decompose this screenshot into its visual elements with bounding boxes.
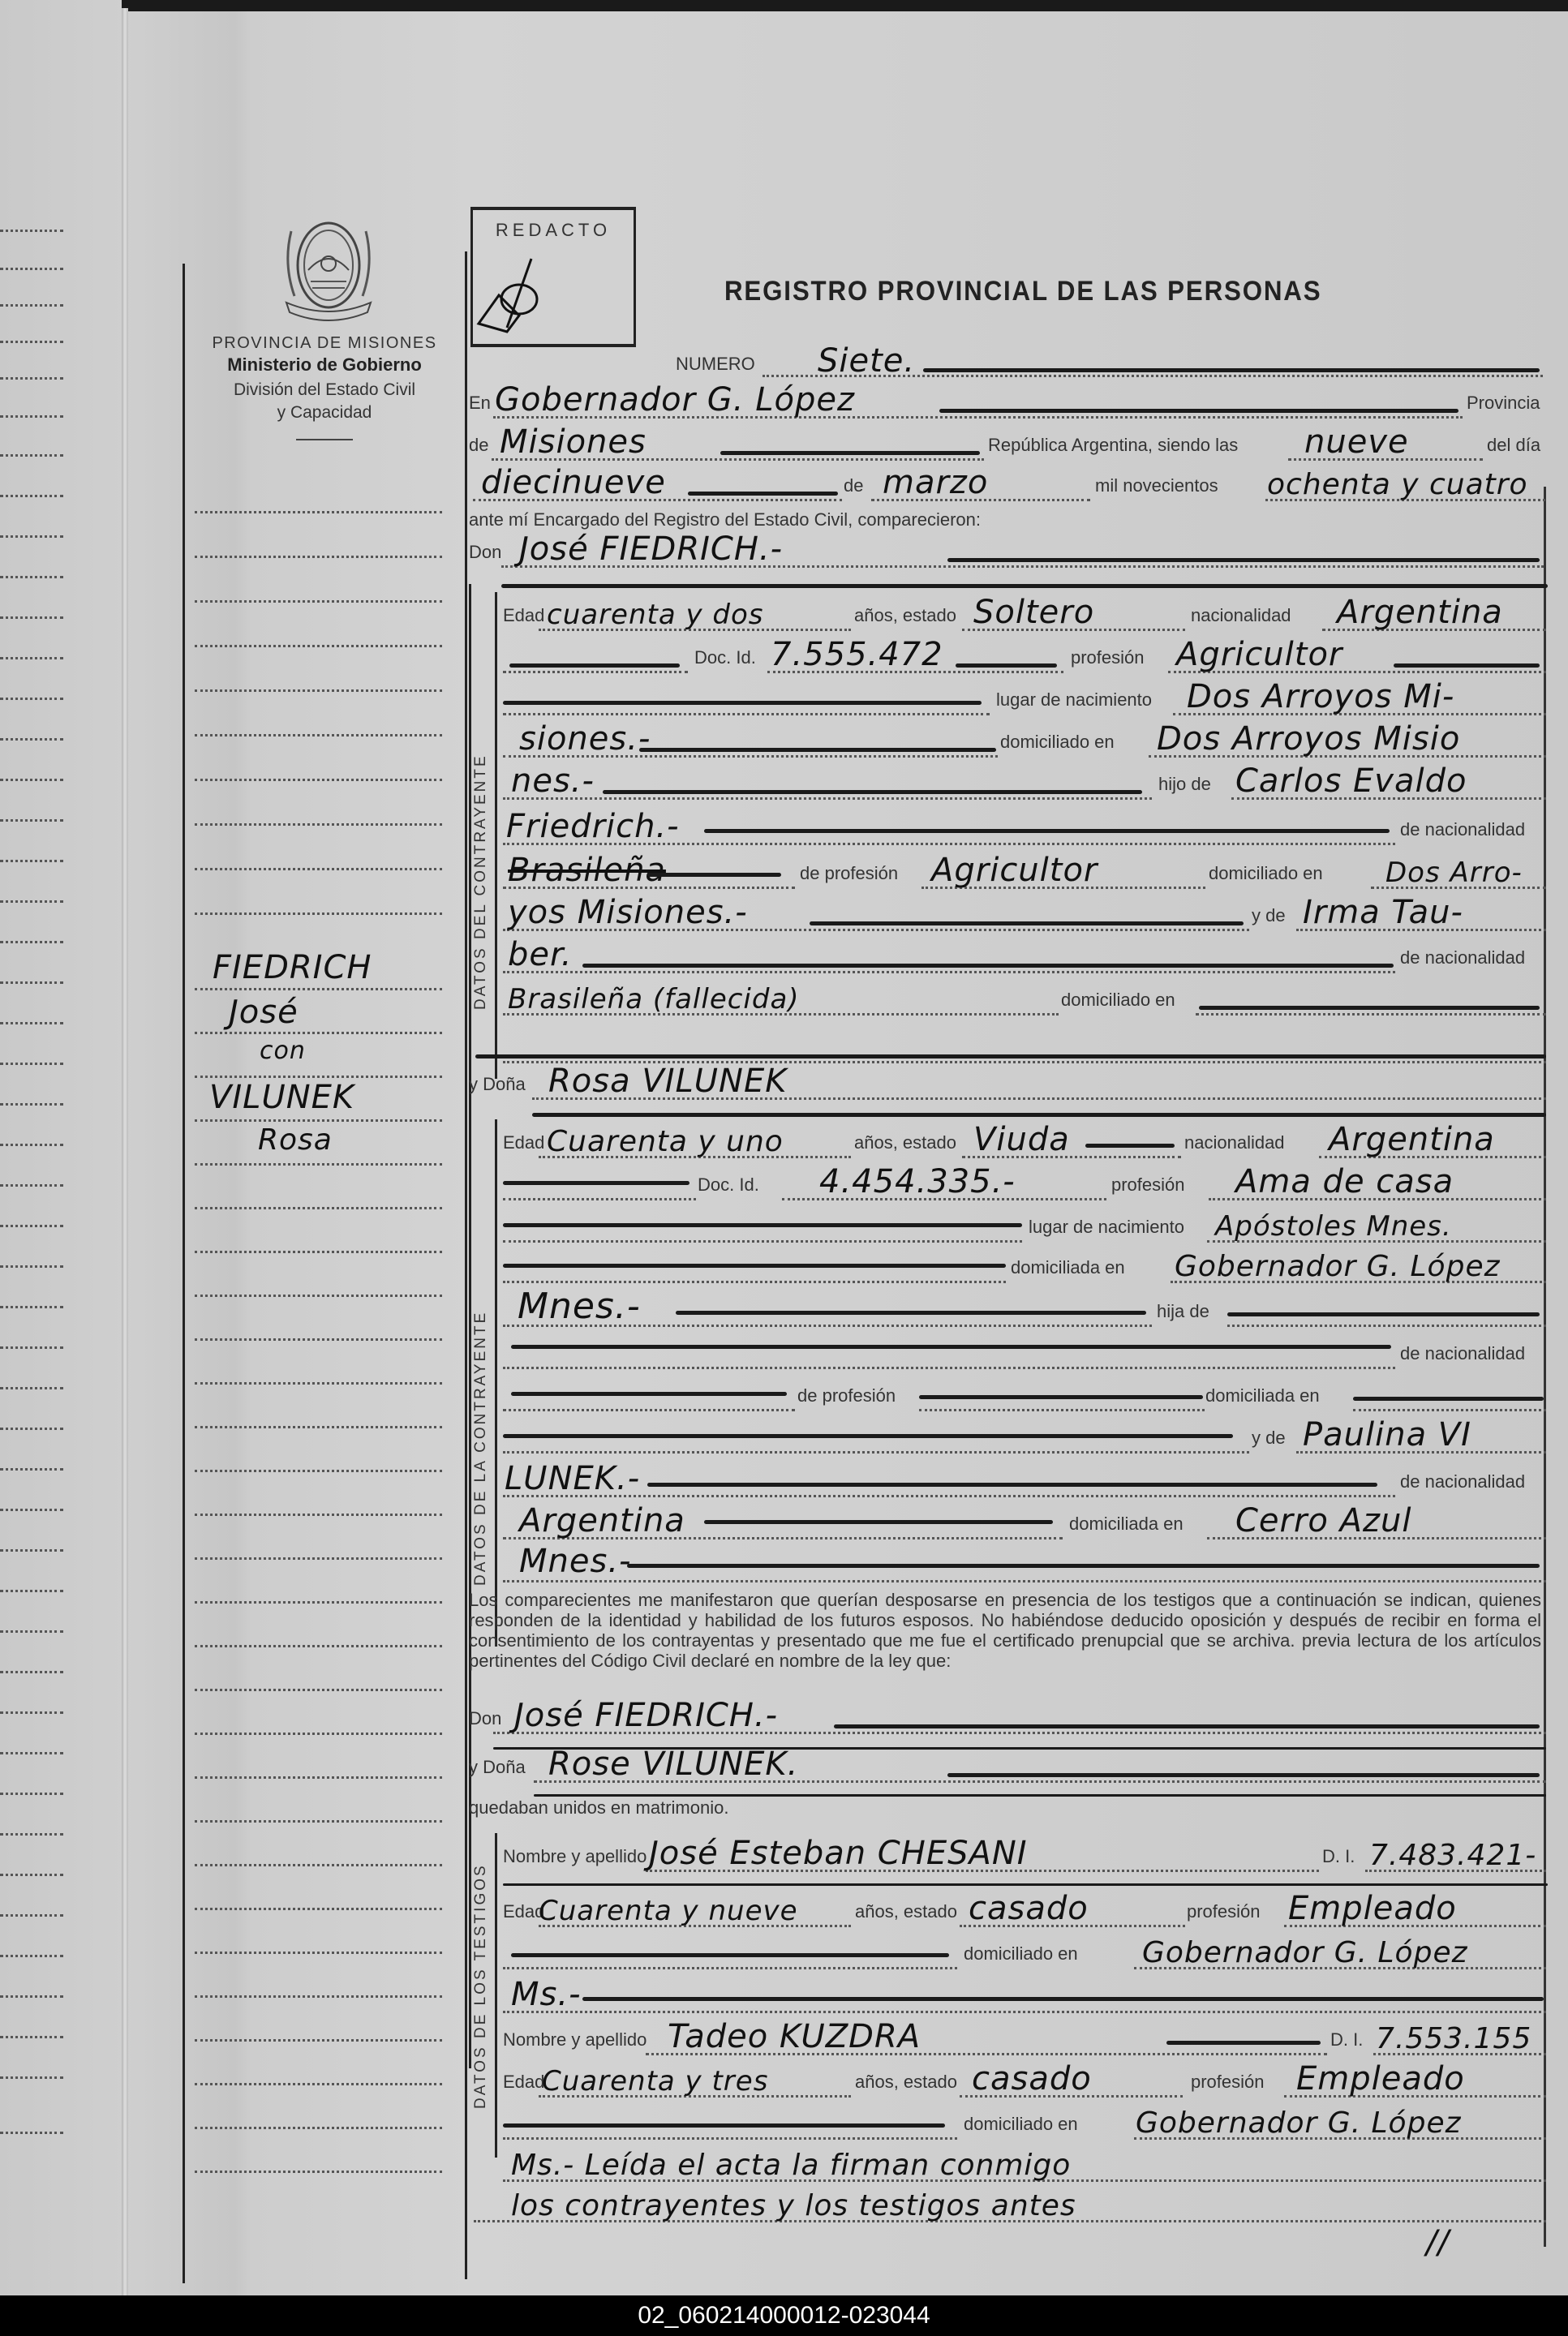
- testigo-1-nombre-label: Nombre y apellido: [503, 1846, 647, 1867]
- stub-line: [0, 1914, 63, 1917]
- madre-nacionalidad-label: de nacionalidad: [1400, 1471, 1525, 1492]
- testigo-1-domicilio-2: Ms.-: [511, 1976, 582, 2013]
- stub-line: [0, 981, 63, 984]
- margin-note-surname-groom: FIEDRICH: [213, 949, 372, 986]
- lugar-label: lugar de nacimiento: [1029, 1217, 1184, 1238]
- stub-line: [0, 1265, 63, 1268]
- org-divider: [296, 439, 353, 440]
- stub-line: [0, 1630, 63, 1633]
- image-id-footer: 02_060214000012-023044: [0, 2295, 1568, 2336]
- stub-line: [0, 1590, 63, 1592]
- madre-value-2: ber.: [508, 936, 573, 973]
- madre-de-nacionalidad-label: de nacionalidad: [1400, 947, 1525, 968]
- closing-line-2: los contrayentes y los testigos antes: [511, 2189, 1076, 2222]
- stub-line: [0, 2036, 63, 2038]
- initials-signature-icon: [475, 255, 564, 336]
- anio-label: mil novecientos: [1095, 475, 1218, 496]
- padre-domicilio-value-2: yos Misiones.-: [508, 894, 748, 931]
- testigo-1-di: 7.483.421-: [1369, 1839, 1536, 1872]
- madre-value-1: Paulina VI: [1303, 1416, 1471, 1454]
- anos-estado-label: años, estado: [854, 1132, 956, 1153]
- nacionalidad-value: Argentina: [1337, 594, 1503, 631]
- del-dia-label: del día: [1487, 435, 1540, 456]
- nacionalidad-label: nacionalidad: [1191, 605, 1291, 626]
- doc-label: Doc. Id.: [694, 647, 756, 668]
- profesion-value: Ama de casa: [1235, 1163, 1454, 1200]
- coat-of-arms-icon: [280, 207, 377, 328]
- page-fold: [122, 8, 128, 2295]
- stub-line: [0, 1103, 63, 1106]
- don-value: José FIEDRICH.-: [519, 530, 783, 568]
- testigo-2-estado: casado: [972, 2060, 1092, 2098]
- padre-domicilio-value-1: Dos Arro-: [1385, 857, 1523, 889]
- padre-domicilio-label: domiciliado en: [1209, 863, 1323, 884]
- stub-line: [0, 1184, 63, 1187]
- ante-label: ante mí Encargado del Registro del Estad…: [469, 509, 981, 530]
- stub-line: [0, 1468, 63, 1471]
- localidad-value: Gobernador G. López: [495, 381, 855, 419]
- testigo-1-profesion-label: profesión: [1187, 1901, 1261, 1922]
- padre-nacionalidad-value: Brasileña: [508, 852, 666, 889]
- org-province: PROVINCIA DE MISIONES: [195, 334, 454, 353]
- don-label: Don: [469, 542, 501, 563]
- org-ministry: Ministerio de Gobierno: [195, 354, 454, 376]
- testigo-2-domicilio-label: domiciliado en: [964, 2114, 1078, 2135]
- testigo-1-di-label: D. I.: [1322, 1846, 1355, 1867]
- anos-estado-label: años, estado: [854, 605, 956, 626]
- scanned-page: PROVINCIA DE MISIONES Ministerio de Gobi…: [0, 0, 1568, 2295]
- margin-note-surname-bride: VILUNEK: [209, 1079, 354, 1116]
- stub-line: [0, 535, 63, 538]
- edad-value: Cuarenta y uno: [547, 1125, 784, 1158]
- testigo-1-domicilio-label: domiciliado en: [964, 1943, 1078, 1965]
- stub-line: [0, 779, 63, 781]
- margin-right-rule: [465, 251, 467, 2279]
- testigo-2-di-label: D. I.: [1330, 2029, 1363, 2050]
- redacto-box: REDACTO: [470, 207, 636, 347]
- stub-line: [0, 657, 63, 659]
- estado-value: Soltero: [973, 594, 1094, 631]
- stub-line: [0, 1793, 63, 1795]
- stub-line: [0, 738, 63, 741]
- stub-line: [0, 1346, 63, 1349]
- stub-line: [0, 819, 63, 822]
- stub-line: [0, 268, 63, 270]
- continuation-mark: //: [1426, 2224, 1450, 2261]
- testigo-2-profesion: Empleado: [1296, 2060, 1465, 2098]
- stub-line: [0, 1549, 63, 1552]
- stub-line: [0, 1995, 63, 1998]
- madre-nacionalidad-value: Argentina: [519, 1502, 685, 1539]
- closing-line-1: Ms.- Leída el acta la firman conmigo: [511, 2149, 1071, 2182]
- en-label: En: [469, 393, 491, 414]
- stub-line: [0, 454, 63, 457]
- stub-line: [0, 1711, 63, 1714]
- doc-label: Doc. Id.: [698, 1174, 759, 1196]
- stub-line: [0, 860, 63, 862]
- domicilio-value-2: nes.-: [511, 762, 595, 800]
- testigo-1-estado: casado: [969, 1890, 1089, 1927]
- stub-line: [0, 415, 63, 418]
- de-mes-label: de: [844, 475, 863, 496]
- madre-domicilio-label: domiciliada en: [1069, 1514, 1184, 1535]
- madre-domicilio-label: domiciliado en: [1061, 990, 1175, 1011]
- stub-line: [0, 1833, 63, 1836]
- testigo-2-edad-label: Edad: [503, 2072, 544, 2093]
- padre-value-2: Friedrich.-: [506, 808, 680, 845]
- domicilio-value-1: Dos Arroyos Misio: [1157, 720, 1460, 758]
- testigo-2-di: 7.553.155: [1376, 2022, 1531, 2055]
- margin-note-name-groom: José: [229, 994, 299, 1031]
- domicilio-value-1: Gobernador G. López: [1175, 1250, 1500, 1283]
- estado-value: Viuda: [973, 1121, 1070, 1158]
- dona-value: Rosa VILUNEK: [548, 1063, 787, 1100]
- testigo-1-edad: Cuarenta y nueve: [539, 1895, 798, 1927]
- stub-line: [0, 304, 63, 307]
- de-label: de: [469, 435, 488, 456]
- testigo-1-nombre: José Esteban CHESANI: [649, 1835, 1028, 1872]
- stub-line: [0, 698, 63, 700]
- de-profesion-label: de profesión: [797, 1385, 896, 1406]
- nacionalidad-value: Argentina: [1329, 1121, 1495, 1158]
- de-nacionalidad-label: de nacionalidad: [1400, 819, 1525, 840]
- issuing-authority: PROVINCIA DE MISIONES Ministerio de Gobi…: [195, 334, 454, 440]
- scan-edge: [122, 0, 1568, 11]
- madre-nacionalidad-value: Brasileña (fallecida): [508, 983, 800, 1016]
- decl-dona-label: y Doña: [469, 1757, 526, 1778]
- madre-value-1: Irma Tau-: [1303, 894, 1463, 931]
- testigo-2-profesion-label: profesión: [1191, 2072, 1265, 2093]
- stub-line: [0, 230, 63, 232]
- lugar-value-2: siones.-: [519, 720, 651, 758]
- stub-line: [0, 2076, 63, 2079]
- padre-profesion-value: Agricultor: [931, 852, 1098, 889]
- padre-value-1: Carlos Evaldo: [1235, 762, 1467, 800]
- stub-line: [0, 1752, 63, 1754]
- doc-value: 7.555.472: [771, 636, 943, 673]
- testigo-2-estado-label: años, estado: [855, 2072, 957, 2093]
- stub-line: [0, 900, 63, 903]
- stub-line: [0, 1671, 63, 1673]
- margin-note-name-bride: Rosa: [258, 1123, 333, 1157]
- stub-line: [0, 1022, 63, 1024]
- dona-label: y Doña: [469, 1074, 526, 1095]
- testigo-2-nombre: Tadeo KUZDRA: [668, 2018, 921, 2055]
- org-division: División del Estado Civil: [195, 380, 454, 400]
- stub-line: [0, 941, 63, 943]
- stub-line: [0, 1387, 63, 1389]
- margin-note-con: con: [260, 1037, 306, 1065]
- stub-line: [0, 1428, 63, 1430]
- stub-line: [0, 1063, 63, 1065]
- stub-line: [0, 576, 63, 578]
- lugar-label: lugar de nacimiento: [996, 689, 1152, 711]
- profesion-label: profesión: [1071, 647, 1145, 668]
- madre-domicilio-value-1: Cerro Azul: [1235, 1502, 1411, 1539]
- lugar-value-1: Dos Arroyos Mi-: [1187, 678, 1454, 715]
- republica-label: República Argentina, siendo las: [988, 435, 1238, 456]
- madre-domicilio-value-2: Mnes.-: [519, 1543, 631, 1580]
- stub-line: [0, 1306, 63, 1308]
- edad-value: cuarenta y dos: [547, 599, 764, 631]
- testigo-2-domicilio-1: Gobernador G. López: [1136, 2106, 1461, 2140]
- redacto-label: REDACTO: [473, 220, 634, 241]
- provincia-value: Misiones: [500, 423, 647, 461]
- padre-domicilio-label: domiciliada en: [1205, 1385, 1320, 1406]
- testigo-2-nombre-label: Nombre y apellido: [503, 2029, 647, 2050]
- testigo-1-estado-label: años, estado: [855, 1901, 957, 1922]
- stub-line: [0, 1874, 63, 1876]
- y-de-label: y de: [1252, 905, 1286, 926]
- margin-left-rule: [183, 264, 185, 2283]
- stub-line: [0, 1509, 63, 1511]
- decl-don-label: Don: [469, 1708, 501, 1729]
- hijo-label: hijo de: [1158, 774, 1211, 795]
- stub-line: [0, 495, 63, 497]
- decl-dona-value: Rose VILUNEK.: [548, 1746, 798, 1783]
- testigo-1-profesion: Empleado: [1288, 1890, 1457, 1927]
- stub-line: [0, 1955, 63, 1957]
- lugar-value: Apóstoles Mnes.: [1215, 1210, 1452, 1243]
- profesion-label: profesión: [1111, 1174, 1185, 1196]
- numero-value: Siete.: [818, 342, 915, 380]
- org-division-2: y Capacidad: [195, 403, 454, 423]
- declaration-paragraph: Los comparecientes me manifestaron que q…: [469, 1590, 1541, 1671]
- stub-line: [0, 2132, 63, 2134]
- provincia-label: Provincia: [1467, 393, 1540, 414]
- stub-line: [0, 341, 63, 343]
- stub-line: [0, 377, 63, 380]
- stub-line: [0, 1225, 63, 1227]
- numero-label: NUMERO: [676, 354, 755, 375]
- domicilio-label: domiciliada en: [1011, 1257, 1125, 1278]
- edad-label: Edad: [503, 605, 544, 626]
- de-nacionalidad-label: de nacionalidad: [1400, 1343, 1525, 1364]
- profesion-value: Agricultor: [1176, 636, 1342, 673]
- de-profesion-label: de profesión: [800, 863, 898, 884]
- decl-closing: quedaban unidos en matrimonio.: [469, 1797, 728, 1819]
- madre-value-2: LUNEK.-: [505, 1460, 640, 1497]
- doc-value: 4.454.335.-: [819, 1163, 1016, 1200]
- y-de-label: y de: [1252, 1428, 1286, 1449]
- stub-line: [0, 616, 63, 619]
- domicilio-value-2: Mnes.-: [518, 1286, 641, 1327]
- testigo-2-edad: Cuarenta y tres: [542, 2065, 768, 2098]
- edad-label: Edad: [503, 1132, 544, 1153]
- hija-label: hija de: [1157, 1301, 1209, 1322]
- testigo-1-domicilio-1: Gobernador G. López: [1142, 1936, 1467, 1969]
- stub-line: [0, 1144, 63, 1146]
- hora-value: nueve: [1304, 423, 1409, 461]
- domicilio-label: domiciliado en: [1000, 732, 1115, 753]
- decl-don-value: José FIEDRICH.-: [514, 1697, 778, 1734]
- nacionalidad-label: nacionalidad: [1184, 1132, 1285, 1153]
- document-title: REGISTRO PROVINCIAL DE LAS PERSONAS: [724, 276, 1321, 307]
